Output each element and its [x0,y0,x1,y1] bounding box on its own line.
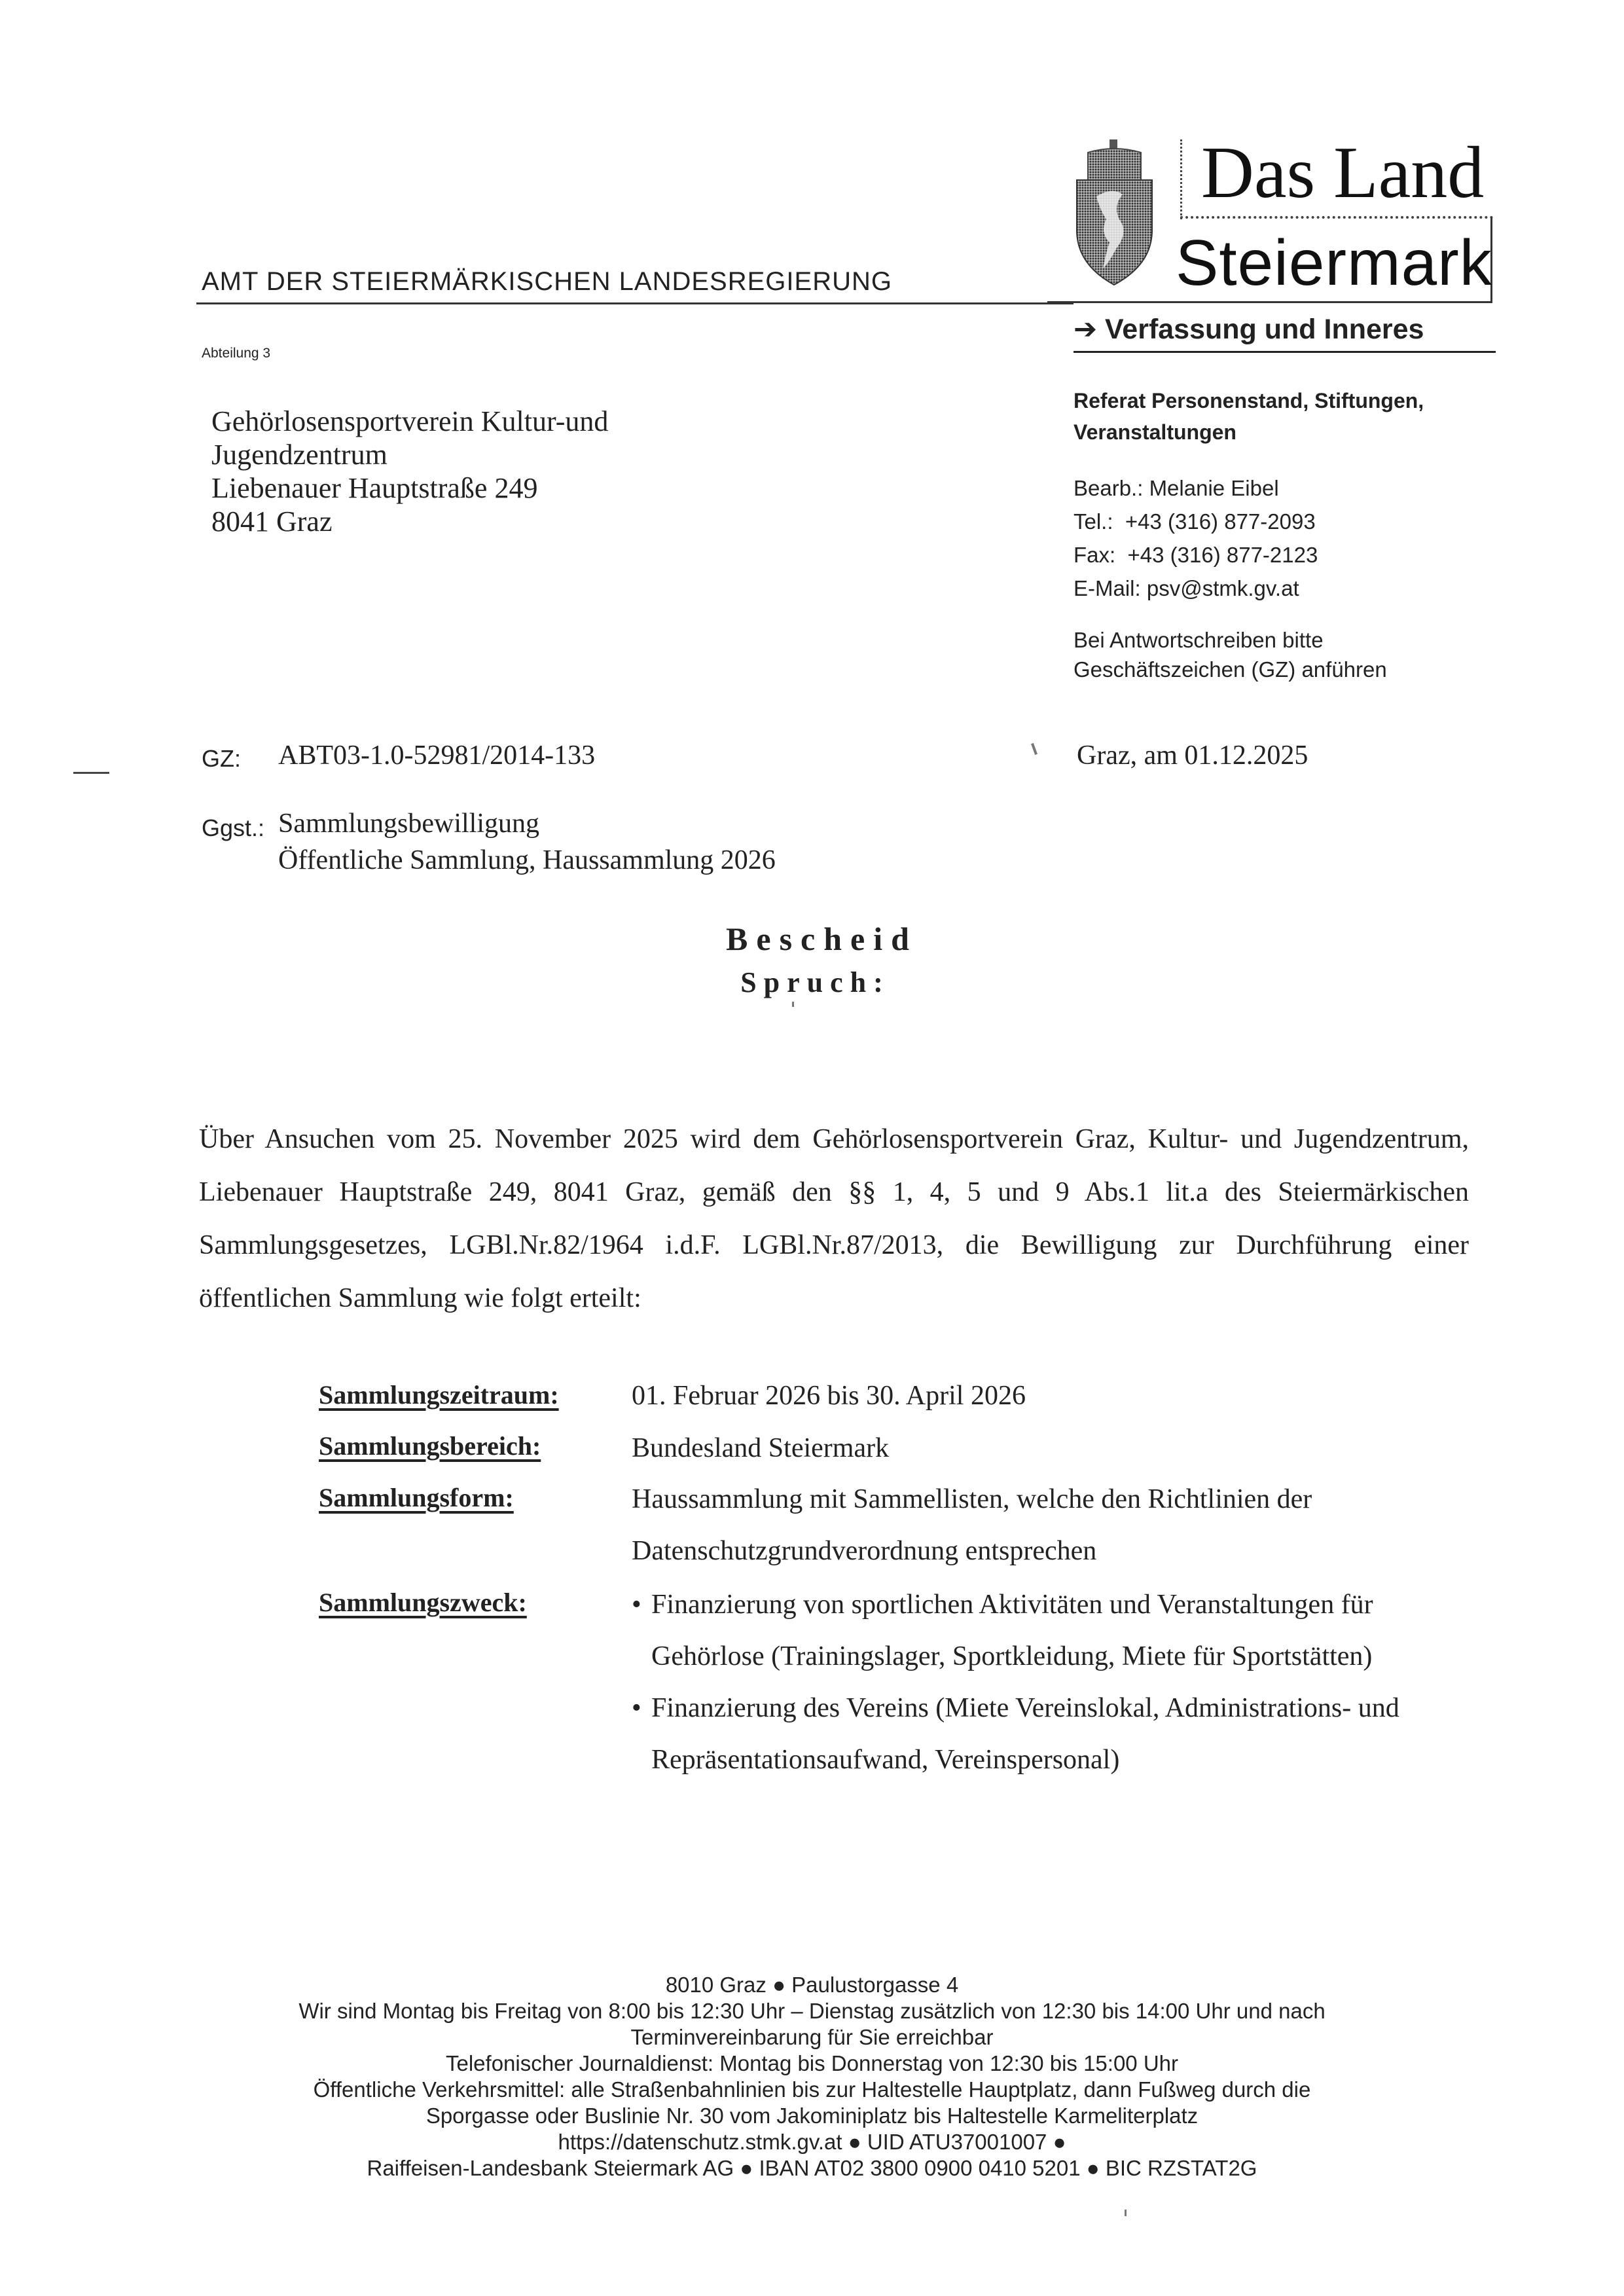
fax-number: Fax: +43 (316) 877-2123 [1074,538,1318,572]
styrian-coat-of-arms-icon [1074,134,1155,288]
email-address: E-Mail: psv@stmk.gv.at [1074,572,1318,605]
detail-value-area: Bundesland Steiermark [632,1423,1456,1474]
subject-label: Ggst.: [202,814,264,842]
detail-value-form: Haussammlung mit Sammellisten, welche de… [632,1474,1456,1577]
reference-hint-line1: Bei Antwortschreiben bitte [1074,625,1387,655]
bullet-icon: • [632,1579,651,1631]
department-name: Verfassung und Inneres [1105,314,1424,345]
footer-address: 8010 Graz ● Paulustorgasse 4 [0,1972,1624,1998]
authority-name: AMT DER STEIERMÄRKISCHEN LANDESREGIERUNG [202,267,892,297]
footer-bank-details: Raiffeisen-Landesbank Steiermark AG ● IB… [0,2155,1624,2181]
purpose-bullet: •Finanzierung von sportlichen Aktivitäte… [632,1579,1456,1683]
recipient-line4: 8041 Graz [211,505,608,538]
reference-hint-line2: Geschäftszeichen (GZ) anführen [1074,655,1387,684]
subject-line2: Öffentliche Sammlung, Haussammlung 2026 [278,845,776,876]
scan-artifact [1031,743,1038,755]
gz-label: GZ: [202,745,241,773]
footer: 8010 Graz ● Paulustorgasse 4 Wir sind Mo… [0,1972,1624,2181]
recipient-line3: Liebenauer Hauptstraße 249 [211,471,608,505]
logo-frame-left [1180,139,1184,219]
footer-privacy-link[interactable]: https://datenschutz.stmk.gv.at ● UID ATU… [0,2129,1624,2155]
header-rule [196,302,1074,304]
recipient-address: Gehörlosensportverein Kultur-und Jugendz… [211,405,608,538]
sender-unit: Referat Personenstand, Stiftungen, Veran… [1074,385,1499,448]
gz-value: ABT03-1.0-52981/2014-133 [278,740,595,771]
detail-label-period: Sammlungszeitraum: [319,1379,559,1410]
recipient-line2: Jugendzentrum [211,438,608,471]
purpose-bullet: •Finanzierung des Vereins (Miete Vereins… [632,1683,1456,1786]
detail-value-purpose: •Finanzierung von sportlichen Aktivitäte… [632,1579,1456,1786]
detail-value-period: 01. Februar 2026 bis 30. April 2026 [632,1370,1456,1422]
footer-hours-line1: Wir sind Montag bis Freitag von 8:00 bis… [0,1998,1624,2024]
scan-artifact [792,1002,794,1007]
fold-mark [73,772,109,774]
department-rule [1074,351,1496,353]
decision-paragraph: Über Ansuchen vom 25. November 2025 wird… [199,1113,1469,1325]
logo-rule [1047,301,1492,303]
footer-hours-line2: Terminvereinbarung für Sie erreichbar [0,2024,1624,2050]
detail-label-form: Sammlungsform: [319,1482,514,1513]
scan-artifact [1125,2210,1127,2216]
detail-label-area: Sammlungsbereich: [319,1430,541,1461]
footer-transport-line2: Sporgasse oder Buslinie Nr. 30 vom Jakom… [0,2103,1624,2129]
recipient-line1: Gehörlosensportverein Kultur-und [211,405,608,438]
reference-hint: Bei Antwortschreiben bitte Geschäftszeic… [1074,625,1387,684]
logo-text-line1: Das Land [1201,131,1484,215]
division-label: Abteilung 3 [202,346,270,361]
document-date: Graz, am 01.12.2025 [1077,740,1308,771]
document-title: Bescheid [0,920,1624,958]
logo-frame-middle [1180,216,1493,219]
contact-block: Bearb.: Melanie Eibel Tel.: +43 (316) 87… [1074,471,1318,605]
bullet-icon: • [632,1683,651,1734]
footer-transport-line1: Öffentliche Verkehrsmittel: alle Straßen… [0,2077,1624,2103]
clerk-name: Bearb.: Melanie Eibel [1074,471,1318,505]
detail-label-purpose: Sammlungszweck: [319,1587,527,1618]
logo-text-line2: Steiermark [1176,226,1492,300]
subject-line1: Sammlungsbewilligung [278,808,539,839]
phone-number: Tel.: +43 (316) 877-2093 [1074,505,1318,538]
footer-phone-service: Telefonischer Journaldienst: Montag bis … [0,2050,1624,2077]
arrow-right-icon: ➔ [1074,314,1097,345]
document-subtitle: Spruch: [0,966,1624,999]
department-heading: ➔ Verfassung und Inneres [1074,313,1424,346]
